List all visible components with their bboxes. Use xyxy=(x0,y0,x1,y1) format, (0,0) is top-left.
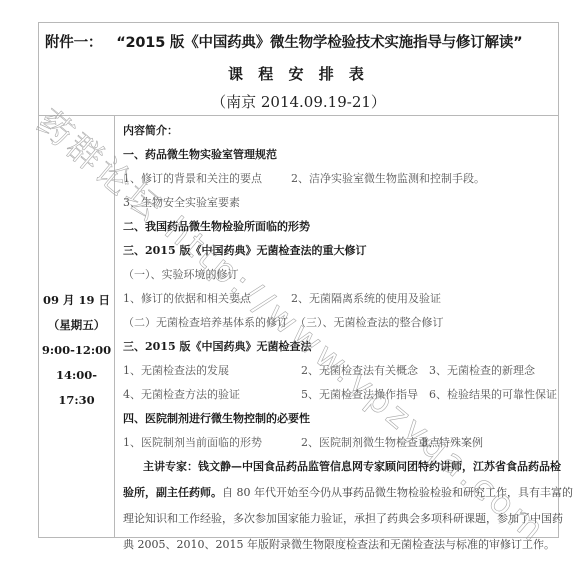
document-title: 附件一：“2015 版《中国药典》微生物学检验技术实施指导与修订解读” xyxy=(45,31,522,52)
section-heading: 三、2015 版《中国药典》无菌检查法的重大修订 xyxy=(123,244,366,258)
list-item: 1、修订的背景和关注的要点 2、洁净实验室微生物监测和控制手段。 xyxy=(123,172,552,186)
bio-line: 典 2005、2010、2015 年版附录微生物限度检查法和无菌检查法与标准的审… xyxy=(123,532,552,558)
item-text: 1、无菌检查法的发展 xyxy=(123,364,229,377)
bio-text: 自 80 年代开始至今仍从事药品微生物检验检验和研究工作，具有丰富的 xyxy=(222,486,573,499)
schedule-heading: 课 程 安 排 表 xyxy=(39,63,558,84)
bio-line: 验所，副主任药师。自 80 年代开始至今仍从事药品微生物检验检验和研究工作，具有… xyxy=(123,480,552,506)
session-weekday: （星期五） xyxy=(39,313,114,338)
section-heading: 四、医院制剂进行微生物控制的必要性 xyxy=(123,412,310,426)
item-text: 2、无菌隔离系统的使用及验证 xyxy=(291,292,441,306)
item-text: 1、修订的背景和关注的要点 xyxy=(123,172,262,185)
item-text: 5、无菌检查法操作指导 xyxy=(301,388,418,402)
afternoon-time: 14:00-17:30 xyxy=(39,363,114,388)
list-item: 1、无菌检查法的发展 2、无菌检查法有关概念 3、无菌检查的新理念 xyxy=(123,364,552,378)
list-item: 3、生物安全实验室要素 xyxy=(123,196,240,210)
location-date: （南京 2014.09.19-21） xyxy=(39,91,558,112)
speaker-bio: 主讲专家：钱文静—中国食品药品监管信息网专家顾问团特约讲师，江苏省食品药品检 验… xyxy=(123,454,552,558)
speaker-title-cont: 验所，副主任药师。 xyxy=(123,486,222,499)
item-text: 2、洁净实验室微生物监测和控制手段。 xyxy=(291,172,485,186)
item-text: 3、特殊案例 xyxy=(421,436,483,450)
speaker-name-title: 钱文静—中国食品药品监管信息网专家顾问团特约讲师，江苏省食品药品检 xyxy=(198,460,561,473)
item-text: 1、修订的依据和相关要点 xyxy=(123,292,251,305)
bio-line: 主讲专家：钱文静—中国食品药品监管信息网专家顾问团特约讲师，江苏省食品药品检 xyxy=(123,454,552,480)
section-heading: 三、2015 版《中国药典》无菌检查法 xyxy=(123,340,311,354)
item-text: 6、检验结果的可靠性保证 xyxy=(429,388,557,402)
schedule-table: 附件一：“2015 版《中国药典》微生物学检验技术实施指导与修订解读” 课 程 … xyxy=(38,22,559,538)
morning-time: 9:00-12:00 xyxy=(39,338,114,363)
item-text: 4、无菌检查方法的验证 xyxy=(123,388,240,401)
list-item: （二）无菌检查培养基体系的修订 （三）、无菌检查法的整合修订 xyxy=(123,316,552,330)
session-date-block: 09 月 19 日 （星期五） 9:00-12:00 14:00-17:30 xyxy=(39,288,114,388)
course-title: “2015 版《中国药典》微生物学检验技术实施指导与修订解读” xyxy=(116,35,522,51)
list-item: 1、修订的依据和相关要点 2、无菌隔离系统的使用及验证 xyxy=(123,292,552,306)
item-text: （二）无菌检查培养基体系的修订 xyxy=(123,316,288,329)
list-item: （一）、实验环境的修订 xyxy=(123,268,239,282)
content-column: 内容简介： 一、药品微生物实验室管理规范 1、修订的背景和关注的要点 2、洁净实… xyxy=(123,116,552,537)
date-column: 09 月 19 日 （星期五） 9:00-12:00 14:00-17:30 xyxy=(39,116,115,537)
item-text: 2、医院制剂微生物检查重点 xyxy=(301,436,440,450)
intro-label: 内容简介： xyxy=(123,124,178,138)
session-date: 09 月 19 日 xyxy=(39,288,114,313)
item-text: 1、医院制剂当前面临的形势 xyxy=(123,436,262,449)
speaker-label: 主讲专家： xyxy=(143,460,198,473)
section-heading: 一、药品微生物实验室管理规范 xyxy=(123,148,277,162)
item-text: 3、无菌检查的新理念 xyxy=(429,364,535,378)
bio-line: 理论知识和工作经验，多次参加国家能力验证，承担了药典会多项科研课题，参加了中国药 xyxy=(123,506,552,532)
item-text: （三）、无菌检查法的整合修订 xyxy=(295,316,444,330)
item-text: 2、无菌检查法有关概念 xyxy=(301,364,418,378)
table-header: 附件一：“2015 版《中国药典》微生物学检验技术实施指导与修订解读” 课 程 … xyxy=(39,23,558,116)
attachment-label: 附件一： xyxy=(45,35,102,51)
section-heading: 二、我国药品微生物检验所面临的形势 xyxy=(123,220,310,234)
list-item: 1、医院制剂当前面临的形势 2、医院制剂微生物检查重点 3、特殊案例 xyxy=(123,436,552,450)
list-item: 4、无菌检查方法的验证 5、无菌检查法操作指导 6、检验结果的可靠性保证 xyxy=(123,388,552,402)
